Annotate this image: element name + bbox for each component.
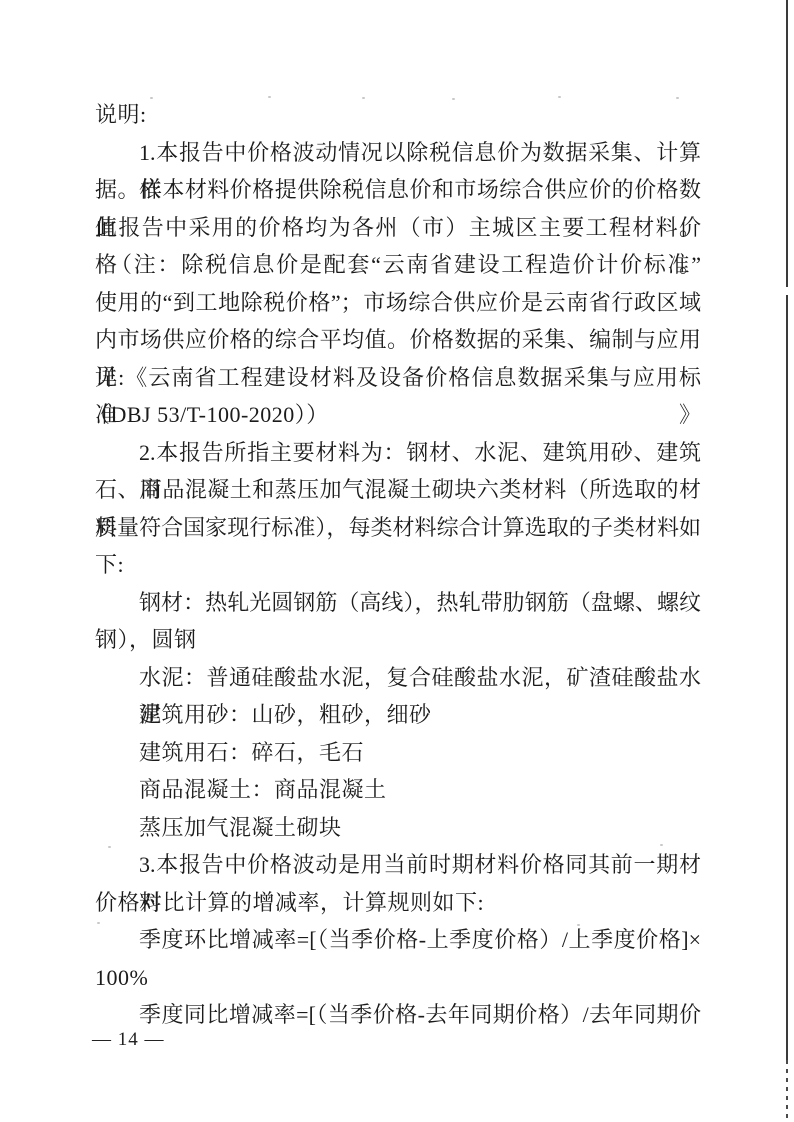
text-line: 下: [95, 546, 701, 584]
text-line: 钢），圆钢 [95, 621, 701, 659]
scan-edge-line [786, 295, 788, 1060]
text-line: 建筑用砂：山砂，粗砂，细砂 [95, 696, 701, 734]
section-heading: 说明: [95, 96, 701, 134]
text-line: 石、商品混凝土和蒸压加气混凝土砌块六类材料（所选取的材料 [95, 471, 701, 509]
scan-edge-line [786, 1060, 788, 1122]
text-line: 质量符合国家现行标准），每类材料综合计算选取的子类材料如 [95, 509, 701, 547]
scan-speck [150, 97, 153, 99]
formula-yoy-line: 季度同比增减率=[（当季价格-去年同期价格）/去年同期价 [95, 996, 701, 1034]
formula-continuation-line: 100% [95, 959, 701, 997]
scan-speck [362, 97, 365, 99]
text-line: 蒸压加气混凝土砌块 [95, 809, 701, 847]
page-number: — 14 — [92, 1028, 165, 1052]
text-line: 此报告中采用的价格均为各州（市）主城区主要工程材料价格。 [95, 209, 701, 247]
text-line: 内市场供应价格的综合平均值。价格数据的采集、编制与应用详 [95, 321, 701, 359]
scan-speck [97, 922, 100, 924]
scan-speck [558, 96, 561, 98]
scan-speck [108, 846, 111, 848]
text-line: 使用的“到工地除税价格”；市场综合供应价是云南省行政区域 [95, 284, 701, 322]
text-line: 建筑用石：碎石，毛石 [95, 734, 701, 772]
formula-qoq-line: 季度环比增减率=[（当季价格-上季度价格）/上季度价格]× [95, 921, 701, 959]
text-line: 2.本报告所指主要材料为：钢材、水泥、建筑用砂、建筑用 [95, 434, 701, 472]
text-line: 见:《云南省工程建设材料及设备价格信息数据采集与应用标准》 [95, 359, 701, 397]
text-line: 商品混凝土：商品混凝土 [95, 771, 701, 809]
text-line: 3.本报告中价格波动是用当前时期材料价格同其前一期材料 [95, 846, 701, 884]
scan-edge-line [786, 0, 788, 287]
scan-speck [660, 844, 663, 846]
text-line: 1.本报告中价格波动情况以除税信息价为数据采集、计算依 [95, 134, 701, 172]
scan-speck [577, 924, 580, 926]
scan-speck [452, 98, 455, 100]
scan-speck [676, 97, 679, 99]
text-line: （注：除税信息价是配套“云南省建设工程造价计价标准” [95, 246, 701, 284]
text-line: 价格对比计算的增减率，计算规则如下: [95, 884, 701, 922]
document-body: 说明: 1.本报告中价格波动情况以除税信息价为数据采集、计算依 据。样本材料价格… [95, 96, 701, 1034]
document-page: 说明: 1.本报告中价格波动情况以除税信息价为数据采集、计算依 据。样本材料价格… [0, 0, 794, 1122]
text-line: 水泥：普通硅酸盐水泥，复合硅酸盐水泥，矿渣硅酸盐水泥 [95, 659, 701, 697]
scan-speck [268, 96, 271, 98]
text-line: 据。样本材料价格提供除税信息价和市场综合供应价的价格数值。 [95, 171, 701, 209]
text-line: 钢材：热轧光圆钢筋（高线），热轧带肋钢筋（盘螺、螺纹 [95, 584, 701, 622]
